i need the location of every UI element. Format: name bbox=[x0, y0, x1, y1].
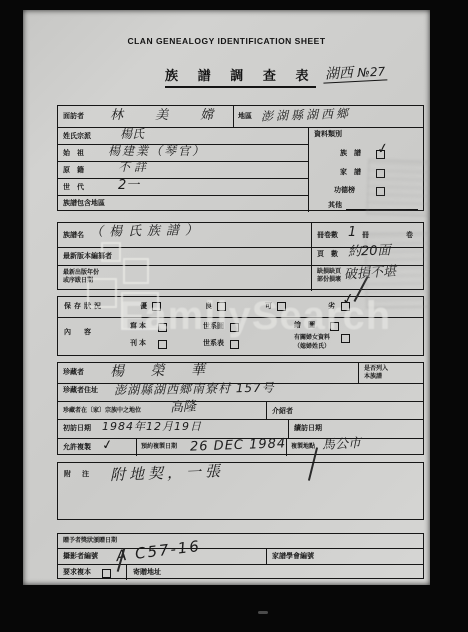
next-visit-label: 續訪日期 bbox=[294, 425, 322, 434]
first-visit-label: 初訪日期 bbox=[63, 425, 91, 434]
copy-place-value: 馬公市 bbox=[322, 437, 362, 452]
notes-label: 附 注 bbox=[64, 471, 91, 480]
volumes-label: 冊卷數 bbox=[317, 232, 338, 241]
damage-label-line2: 部份損壞 bbox=[317, 277, 341, 285]
surname-label: 姓氏宗派 bbox=[63, 133, 91, 142]
copy-date-value: 26 DEC 1984 bbox=[190, 437, 287, 453]
pages-label: 頁 數 bbox=[317, 251, 338, 260]
ancestor-value: 楊建業（琴官） bbox=[108, 145, 206, 157]
photographer-number-label: 攝影者編號 bbox=[63, 553, 98, 562]
keeper-address-label: 珍藏者住址 bbox=[63, 387, 98, 396]
frame-edge-bottom bbox=[0, 585, 468, 632]
familysearch-watermark-text: FamilySearch bbox=[119, 294, 391, 339]
section-notes: 附 注 附地契，一張 bbox=[57, 462, 424, 520]
checkbox-copy-request bbox=[102, 569, 111, 578]
checkbox-printed bbox=[158, 340, 167, 349]
keeper-value: 楊 榮 華 bbox=[110, 363, 216, 379]
area-value: 澎湖縣湖西鄉 bbox=[261, 107, 351, 122]
frame-edge-left bbox=[0, 0, 23, 632]
society-number-label: 家譜學會編號 bbox=[272, 553, 314, 562]
ancestor-label: 始 祖 bbox=[63, 150, 84, 159]
category-option-jiapu-label: 家 譜 bbox=[340, 169, 361, 178]
content-women-data-sub: （媳婦姓氏） bbox=[294, 344, 330, 352]
volumes-value: 1 bbox=[348, 226, 356, 239]
mailing-address-label: 寄贈地址 bbox=[133, 569, 161, 578]
checkmark-zupu: ✓ bbox=[376, 141, 390, 157]
introducer-label: 介紹者 bbox=[272, 408, 293, 417]
publish-date-label-line1: 最新出版年份 bbox=[63, 270, 99, 278]
form-number-region: 湖西 bbox=[325, 65, 354, 82]
interviewer-value: 林 美 嫦 bbox=[110, 109, 227, 122]
content-printed-label: 刊 本 bbox=[130, 340, 146, 349]
keeper-position-label: 珍藏者在〔家〕宗族中之地位 bbox=[63, 408, 141, 416]
scanned-form-paper: CLAN GENEALOGY IDENTIFICATION SHEET 族 譜 … bbox=[23, 10, 430, 585]
section-numbering: 贈予者獎狀頒贈日期 攝影者編號 A C57-16 家譜學會編號 要求複本 ✓ 寄… bbox=[57, 533, 424, 579]
notes-value: 附地契，一張 bbox=[110, 464, 224, 483]
section-keeper-info: 珍藏者 楊 榮 華 是否列入 本族譜 珍藏者住址 澎湖縣湖西鄉南寮村 157号 … bbox=[57, 362, 424, 455]
copy-date-label: 預約複製日期 bbox=[141, 444, 177, 452]
award-date-label: 贈予者獎狀頒贈日期 bbox=[63, 538, 117, 546]
genealogy-title-value: （楊氏族譜） bbox=[90, 224, 204, 239]
damage-label-line1: 缺損缺頁 bbox=[317, 269, 341, 277]
scan-artifact-dash bbox=[258, 611, 268, 614]
checkmark-copy-permission: ✓ bbox=[101, 438, 114, 453]
copy-request-label: 要求複本 bbox=[63, 569, 91, 578]
genealogy-title-label: 族譜名 bbox=[63, 232, 84, 241]
content-label: 內 容 bbox=[64, 329, 94, 338]
surname-value: 楊氏 bbox=[120, 128, 144, 140]
interviewer-label: 面訪者 bbox=[63, 113, 84, 122]
sheet-title: CLAN GENEALOGY IDENTIFICATION SHEET bbox=[23, 36, 430, 47]
listed-label-line2: 本族譜 bbox=[364, 374, 382, 382]
category-other-label: 其他 bbox=[328, 202, 342, 211]
category-option-zupu-label: 族 譜 bbox=[340, 150, 361, 159]
keeper-label: 珍藏者 bbox=[63, 369, 84, 378]
origin-label: 原 籍 bbox=[63, 167, 84, 176]
keeper-address-value: 澎湖縣湖西鄉南寮村 157号 bbox=[114, 382, 275, 397]
copy-permission-label: 允許複製 bbox=[63, 444, 91, 453]
form-number-value: №27 bbox=[357, 64, 385, 79]
generations-label: 世 代 bbox=[63, 184, 84, 193]
form-title: 族 譜 調 查 表 bbox=[165, 65, 316, 88]
frame-edge-top bbox=[0, 0, 468, 10]
first-visit-value: 1984年12月19日 bbox=[102, 421, 202, 432]
listed-label-line1: 是否列入 bbox=[364, 366, 388, 374]
category-option-gongdebang-label: 功德榜 bbox=[334, 187, 355, 196]
generations-value: 2一 bbox=[118, 179, 139, 192]
origin-value: 不詳 bbox=[118, 161, 150, 173]
frame-edge-right bbox=[430, 0, 468, 632]
coverage-label: 族譜包含地區 bbox=[63, 200, 105, 209]
keeper-position-value: 高隆 bbox=[170, 400, 197, 414]
area-label: 地區 bbox=[238, 113, 252, 122]
category-label: 資料類別 bbox=[314, 131, 342, 140]
form-number: 湖西 №27 bbox=[323, 64, 388, 83]
checkbox-lineage-table bbox=[230, 340, 239, 349]
copy-place-label: 複製地點 bbox=[291, 444, 315, 452]
content-lineage-table-label: 世系表 bbox=[203, 340, 224, 349]
photographer-number-value: A C57-16 bbox=[115, 539, 201, 564]
